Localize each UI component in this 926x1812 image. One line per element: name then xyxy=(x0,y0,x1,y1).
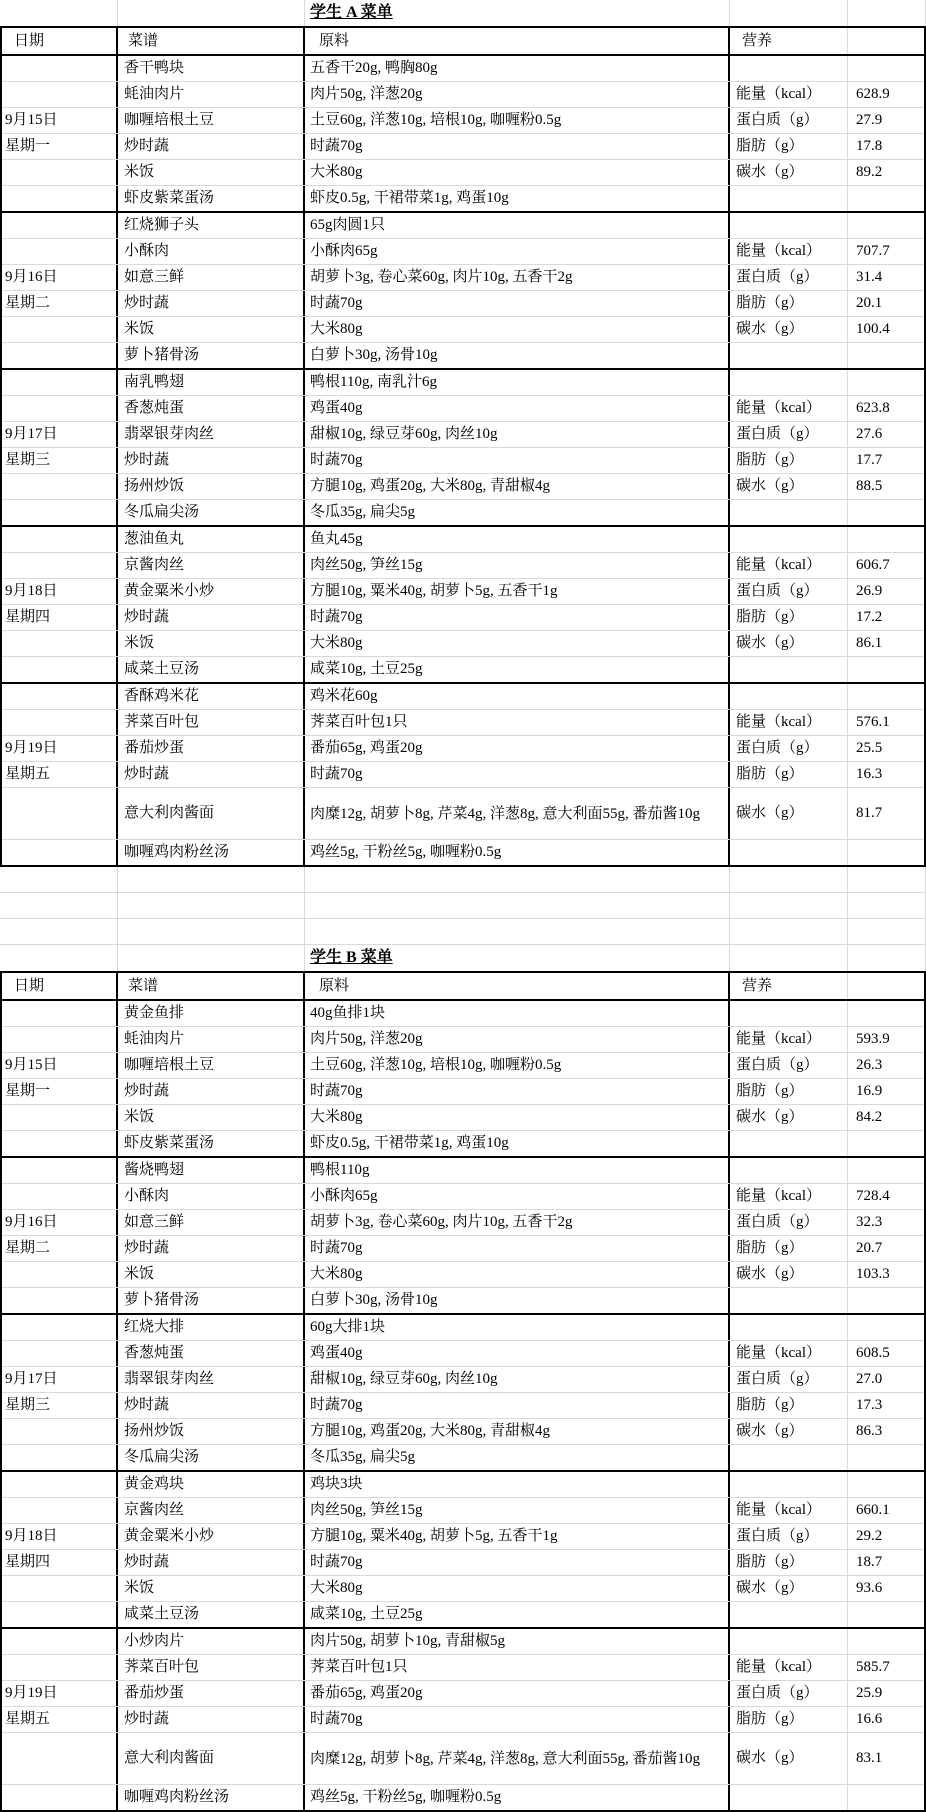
ingredients-cell: 荠菜百叶包1只 xyxy=(305,1655,730,1680)
dish-name-cell: 黄金粟米小炒 xyxy=(118,579,305,604)
day-block: 酱烧鸭翅鸭根110g小酥肉小酥肉65g能量（kcal）728.49月16日如意三… xyxy=(2,1158,924,1315)
empty-cell xyxy=(848,893,926,918)
ingredients-cell: 肉片50g, 洋葱20g xyxy=(305,82,730,107)
empty-cell xyxy=(0,867,118,892)
dish-name-cell: 酱烧鸭翅 xyxy=(118,1158,305,1183)
empty-cell xyxy=(305,893,730,918)
nutrient-label-cell xyxy=(730,1602,848,1627)
nutrient-label-cell: 脂肪（g） xyxy=(730,1393,848,1418)
dish-row: 星期一炒时蔬时蔬70g脂肪（g）16.9 xyxy=(2,1078,924,1104)
dish-name-cell: 咖喱鸡肉粉丝汤 xyxy=(118,1785,305,1810)
dish-row: 星期二炒时蔬时蔬70g脂肪（g）20.7 xyxy=(2,1235,924,1261)
nutrient-label-cell: 能量（kcal） xyxy=(730,1184,848,1209)
empty-cell xyxy=(118,919,305,944)
dish-row: 扬州炒饭方腿10g, 鸡蛋20g, 大米80g, 青甜椒4g碳水（g）86.3 xyxy=(2,1418,924,1444)
nutrient-value-cell: 83.1 xyxy=(848,1733,924,1784)
dish-name-cell: 炒时蔬 xyxy=(118,1550,305,1575)
dish-row: 小酥肉小酥肉65g能量（kcal）707.7 xyxy=(2,238,924,264)
dish-name-cell: 蚝油肉片 xyxy=(118,1027,305,1052)
weekday-cell: 星期二 xyxy=(2,1236,118,1261)
nutrient-label-cell xyxy=(730,370,848,395)
ingredients-cell: 胡萝卜3g, 卷心菜60g, 肉片10g, 五香干2g xyxy=(305,265,730,290)
date-cell-empty xyxy=(2,370,118,395)
date-cell-empty xyxy=(2,1184,118,1209)
nutrient-label-cell xyxy=(730,1785,848,1810)
nutrient-label-cell: 脂肪（g） xyxy=(730,448,848,473)
nutrient-label-cell xyxy=(730,186,848,211)
nutrient-value-cell: 608.5 xyxy=(848,1341,924,1366)
column-header-recipe: 菜谱 xyxy=(118,973,305,999)
ingredients-cell: 鸭根110g, 南乳汁6g xyxy=(305,370,730,395)
nutrient-value-cell: 29.2 xyxy=(848,1524,924,1549)
ingredients-cell: 65g肉圆1只 xyxy=(305,213,730,238)
nutrient-value-cell: 17.7 xyxy=(848,448,924,473)
nutrient-label-cell xyxy=(730,500,848,525)
menu-table-body: 日期 菜谱 原料 营养 黄金鱼排40g鱼排1块蚝油肉片肉片50g, 洋葱20g能… xyxy=(0,971,926,1812)
dish-row: 小酥肉小酥肉65g能量（kcal）728.4 xyxy=(2,1183,924,1209)
dish-name-cell: 香干鸭块 xyxy=(118,56,305,81)
ingredients-cell: 肉糜12g, 胡萝卜8g, 芹菜4g, 洋葱8g, 意大利面55g, 番茄酱10… xyxy=(305,788,730,839)
dish-name-cell: 黄金鱼排 xyxy=(118,1001,305,1026)
ingredients-cell: 时蔬70g xyxy=(305,605,730,630)
ingredients-cell: 肉丝50g, 笋丝15g xyxy=(305,553,730,578)
dish-name-cell: 京酱肉丝 xyxy=(118,553,305,578)
empty-cell xyxy=(0,893,118,918)
dish-name-cell: 意大利肉酱面 xyxy=(118,788,305,839)
nutrient-value-cell: 16.3 xyxy=(848,762,924,787)
nutrient-label-cell: 脂肪（g） xyxy=(730,134,848,159)
nutrient-value-cell xyxy=(848,657,924,682)
nutrient-value-cell: 17.2 xyxy=(848,605,924,630)
ingredients-cell: 时蔬70g xyxy=(305,1393,730,1418)
ingredients-cell: 肉片50g, 胡萝卜10g, 青甜椒5g xyxy=(305,1629,730,1654)
date-cell-empty xyxy=(2,527,118,552)
dish-name-cell: 米饭 xyxy=(118,160,305,185)
ingredients-cell: 土豆60g, 洋葱10g, 培根10g, 咖喱粉0.5g xyxy=(305,1053,730,1078)
dish-row: 香葱炖蛋鸡蛋40g能量（kcal）608.5 xyxy=(2,1340,924,1366)
date-cell-empty xyxy=(2,657,118,682)
date-cell-empty xyxy=(2,1341,118,1366)
dish-row: 酱烧鸭翅鸭根110g xyxy=(2,1158,924,1183)
column-header-row: 日期 菜谱 原料 营养 xyxy=(2,973,924,1001)
dish-name-cell: 京酱肉丝 xyxy=(118,1498,305,1523)
ingredients-cell: 白萝卜30g, 汤骨10g xyxy=(305,1288,730,1313)
nutrient-value-cell xyxy=(848,56,924,81)
dish-name-cell: 炒时蔬 xyxy=(118,1707,305,1732)
dish-row: 虾皮紫菜蛋汤虾皮0.5g, 干裙带菜1g, 鸡蛋10g xyxy=(2,185,924,211)
dish-name-cell: 红烧狮子头 xyxy=(118,213,305,238)
nutrient-value-cell: 628.9 xyxy=(848,82,924,107)
dish-row: 9月17日翡翠银芽肉丝甜椒10g, 绿豆芽60g, 肉丝10g蛋白质（g）27.… xyxy=(2,421,924,447)
dish-name-cell: 荠菜百叶包 xyxy=(118,710,305,735)
ingredients-cell: 时蔬70g xyxy=(305,448,730,473)
date-cell: 9月17日 xyxy=(2,422,118,447)
nutrient-value-cell: 31.4 xyxy=(848,265,924,290)
day-block: 黄金鱼排40g鱼排1块蚝油肉片肉片50g, 洋葱20g能量（kcal）593.9… xyxy=(2,1001,924,1158)
dish-name-cell: 葱油鱼丸 xyxy=(118,527,305,552)
nutrient-label-cell xyxy=(730,1288,848,1313)
nutrient-value-cell: 26.3 xyxy=(848,1053,924,1078)
date-cell-empty xyxy=(2,684,118,709)
nutrient-label-cell: 碳水（g） xyxy=(730,317,848,342)
dish-row: 荠菜百叶包荠菜百叶包1只能量（kcal）585.7 xyxy=(2,1654,924,1680)
empty-cell xyxy=(305,867,730,892)
ingredients-cell: 肉糜12g, 胡萝卜8g, 芹菜4g, 洋葱8g, 意大利面55g, 番茄酱10… xyxy=(305,1733,730,1784)
nutrient-value-cell: 576.1 xyxy=(848,710,924,735)
dish-row: 黄金鸡块鸡块3块 xyxy=(2,1472,924,1497)
ingredients-cell: 冬瓜35g, 扁尖5g xyxy=(305,1445,730,1470)
nutrient-label-cell: 碳水（g） xyxy=(730,1419,848,1444)
dish-row: 米饭大米80g碳水（g）103.3 xyxy=(2,1261,924,1287)
empty-cell xyxy=(305,919,730,944)
dish-row: 星期五炒时蔬时蔬70g脂肪（g）16.6 xyxy=(2,1706,924,1732)
date-cell-empty xyxy=(2,840,118,865)
dish-name-cell: 米饭 xyxy=(118,1576,305,1601)
dish-row: 咸菜土豆汤咸菜10g, 土豆25g xyxy=(2,656,924,682)
ingredients-cell: 小酥肉65g xyxy=(305,239,730,264)
dish-row: 9月17日翡翠银芽肉丝甜椒10g, 绿豆芽60g, 肉丝10g蛋白质（g）27.… xyxy=(2,1366,924,1392)
dish-row: 星期一炒时蔬时蔬70g脂肪（g）17.8 xyxy=(2,133,924,159)
nutrient-value-cell: 20.7 xyxy=(848,1236,924,1261)
weekday-cell: 星期四 xyxy=(2,1550,118,1575)
ingredients-cell: 白萝卜30g, 汤骨10g xyxy=(305,343,730,368)
day-block: 葱油鱼丸鱼丸45g京酱肉丝肉丝50g, 笋丝15g能量（kcal）606.79月… xyxy=(2,527,924,684)
dish-name-cell: 米饭 xyxy=(118,317,305,342)
ingredients-cell: 荠菜百叶包1只 xyxy=(305,710,730,735)
ingredients-cell: 番茄65g, 鸡蛋20g xyxy=(305,1681,730,1706)
dish-name-cell: 扬州炒饭 xyxy=(118,1419,305,1444)
day-block: 小炒肉片肉片50g, 胡萝卜10g, 青甜椒5g荠菜百叶包荠菜百叶包1只能量（k… xyxy=(2,1629,924,1810)
nutrient-value-cell: 18.7 xyxy=(848,1550,924,1575)
nutrient-value-cell: 100.4 xyxy=(848,317,924,342)
dish-name-cell: 如意三鲜 xyxy=(118,265,305,290)
weekday-cell: 星期一 xyxy=(2,1079,118,1104)
ingredients-cell: 番茄65g, 鸡蛋20g xyxy=(305,736,730,761)
menu-title: 学生 B 菜单 xyxy=(305,945,730,971)
nutrient-label-cell: 蛋白质（g） xyxy=(730,1524,848,1549)
dish-row: 9月16日如意三鲜胡萝卜3g, 卷心菜60g, 肉片10g, 五香干2g蛋白质（… xyxy=(2,264,924,290)
date-cell: 9月16日 xyxy=(2,1210,118,1235)
dish-row: 蚝油肉片肉片50g, 洋葱20g能量（kcal）628.9 xyxy=(2,81,924,107)
dish-name-cell: 红烧大排 xyxy=(118,1315,305,1340)
dish-row: 香酥鸡米花鸡米花60g xyxy=(2,684,924,709)
nutrient-value-cell: 27.0 xyxy=(848,1367,924,1392)
nutrient-value-cell xyxy=(848,684,924,709)
dish-row: 京酱肉丝肉丝50g, 笋丝15g能量（kcal）606.7 xyxy=(2,552,924,578)
dish-name-cell: 香葱炖蛋 xyxy=(118,1341,305,1366)
dish-name-cell: 扬州炒饭 xyxy=(118,474,305,499)
nutrient-label-cell: 能量（kcal） xyxy=(730,710,848,735)
date-cell-empty xyxy=(2,1655,118,1680)
ingredients-cell: 甜椒10g, 绿豆芽60g, 肉丝10g xyxy=(305,1367,730,1392)
nutrient-label-cell xyxy=(730,1001,848,1026)
nutrient-label-cell xyxy=(730,840,848,865)
nutrient-label-cell: 碳水（g） xyxy=(730,160,848,185)
dish-name-cell: 冬瓜扁尖汤 xyxy=(118,1445,305,1470)
date-cell: 9月15日 xyxy=(2,1053,118,1078)
nutrient-value-cell xyxy=(848,840,924,865)
nutrient-value-cell xyxy=(848,1131,924,1156)
nutrient-label-cell xyxy=(730,1315,848,1340)
ingredients-cell: 咸菜10g, 土豆25g xyxy=(305,1602,730,1627)
empty-cell xyxy=(848,867,926,892)
dish-name-cell: 炒时蔬 xyxy=(118,1079,305,1104)
dish-name-cell: 炒时蔬 xyxy=(118,1236,305,1261)
ingredients-cell: 肉丝50g, 笋丝15g xyxy=(305,1498,730,1523)
nutrient-value-cell: 86.3 xyxy=(848,1419,924,1444)
nutrient-value-cell xyxy=(848,186,924,211)
date-cell-empty xyxy=(2,1105,118,1130)
dish-name-cell: 蚝油肉片 xyxy=(118,82,305,107)
date-cell-empty xyxy=(2,631,118,656)
nutrient-label-cell: 脂肪（g） xyxy=(730,605,848,630)
date-cell-empty xyxy=(2,1262,118,1287)
day-block: 红烧狮子头65g肉圆1只小酥肉小酥肉65g能量（kcal）707.79月16日如… xyxy=(2,213,924,370)
ingredients-cell: 胡萝卜3g, 卷心菜60g, 肉片10g, 五香干2g xyxy=(305,1210,730,1235)
date-cell-empty xyxy=(2,1785,118,1810)
nutrient-value-cell: 25.9 xyxy=(848,1681,924,1706)
empty-cell xyxy=(730,893,848,918)
ingredients-cell: 小酥肉65g xyxy=(305,1184,730,1209)
dish-name-cell: 翡翠银芽肉丝 xyxy=(118,1367,305,1392)
nutrient-value-cell xyxy=(848,1445,924,1470)
ingredients-cell: 大米80g xyxy=(305,1105,730,1130)
dish-row: 小炒肉片肉片50g, 胡萝卜10g, 青甜椒5g xyxy=(2,1629,924,1654)
date-cell-empty xyxy=(2,1445,118,1470)
dish-row: 米饭大米80g碳水（g）89.2 xyxy=(2,159,924,185)
dish-name-cell: 炒时蔬 xyxy=(118,134,305,159)
dish-name-cell: 炒时蔬 xyxy=(118,1393,305,1418)
nutrient-value-cell: 103.3 xyxy=(848,1262,924,1287)
dish-row: 意大利肉酱面肉糜12g, 胡萝卜8g, 芹菜4g, 洋葱8g, 意大利面55g,… xyxy=(2,1732,924,1784)
nutrient-value-cell xyxy=(848,527,924,552)
nutrient-label-cell xyxy=(730,527,848,552)
dish-name-cell: 小酥肉 xyxy=(118,1184,305,1209)
nutrient-value-cell: 81.7 xyxy=(848,788,924,839)
weekday-cell: 星期三 xyxy=(2,448,118,473)
nutrient-label-cell: 碳水（g） xyxy=(730,1262,848,1287)
ingredients-cell: 大米80g xyxy=(305,160,730,185)
nutrient-label-cell: 蛋白质（g） xyxy=(730,1367,848,1392)
weekday-cell: 星期四 xyxy=(2,605,118,630)
dish-name-cell: 炒时蔬 xyxy=(118,448,305,473)
dish-row: 虾皮紫菜蛋汤虾皮0.5g, 干裙带菜1g, 鸡蛋10g xyxy=(2,1130,924,1156)
nutrient-value-cell xyxy=(848,343,924,368)
empty-spacer-row xyxy=(0,893,926,919)
menu-table: 学生 B 菜单 日期 菜谱 原料 营养 黄金鱼排40g鱼排1块蚝油肉片肉片50g… xyxy=(0,945,926,1812)
day-block: 香酥鸡米花鸡米花60g荠菜百叶包荠菜百叶包1只能量（kcal）576.19月19… xyxy=(2,684,924,865)
dish-row: 红烧狮子头65g肉圆1只 xyxy=(2,213,924,238)
nutrient-label-cell: 碳水（g） xyxy=(730,788,848,839)
nutrient-label-cell xyxy=(730,1158,848,1183)
nutrient-value-cell: 88.5 xyxy=(848,474,924,499)
nutrient-value-cell: 26.9 xyxy=(848,579,924,604)
nutrient-value-cell xyxy=(848,1602,924,1627)
dish-name-cell: 小酥肉 xyxy=(118,239,305,264)
dish-row: 9月18日黄金粟米小炒方腿10g, 粟米40g, 胡萝卜5g, 五香干1g蛋白质… xyxy=(2,1523,924,1549)
nutrient-label-cell xyxy=(730,343,848,368)
dish-row: 9月15日咖喱培根土豆土豆60g, 洋葱10g, 培根10g, 咖喱粉0.5g蛋… xyxy=(2,107,924,133)
dish-row: 萝卜猪骨汤白萝卜30g, 汤骨10g xyxy=(2,1287,924,1313)
dish-name-cell: 虾皮紫菜蛋汤 xyxy=(118,186,305,211)
nutrient-label-cell xyxy=(730,684,848,709)
ingredients-cell: 虾皮0.5g, 干裙带菜1g, 鸡蛋10g xyxy=(305,1131,730,1156)
nutrient-label-cell: 脂肪（g） xyxy=(730,1550,848,1575)
ingredients-cell: 鸡块3块 xyxy=(305,1472,730,1497)
dish-row: 香葱炖蛋鸡蛋40g能量（kcal）623.8 xyxy=(2,395,924,421)
date-cell: 9月19日 xyxy=(2,736,118,761)
date-cell-empty xyxy=(2,1027,118,1052)
dish-row: 黄金鱼排40g鱼排1块 xyxy=(2,1001,924,1026)
nutrient-value-cell: 84.2 xyxy=(848,1105,924,1130)
dish-name-cell: 咖喱鸡肉粉丝汤 xyxy=(118,840,305,865)
nutrient-value-cell: 606.7 xyxy=(848,553,924,578)
nutrient-label-cell xyxy=(730,657,848,682)
nutrient-label-cell xyxy=(730,56,848,81)
ingredients-cell: 鸡丝5g, 干粉丝5g, 咖喱粉0.5g xyxy=(305,840,730,865)
empty-spacer-row xyxy=(0,919,926,945)
dish-name-cell: 冬瓜扁尖汤 xyxy=(118,500,305,525)
dish-row: 米饭大米80g碳水（g）100.4 xyxy=(2,316,924,342)
date-cell-empty xyxy=(2,56,118,81)
date-cell-empty xyxy=(2,1472,118,1497)
ingredients-cell: 五香干20g, 鸭胸80g xyxy=(305,56,730,81)
nutrient-value-cell: 585.7 xyxy=(848,1655,924,1680)
nutrient-label-cell: 能量（kcal） xyxy=(730,1498,848,1523)
dish-row: 米饭大米80g碳水（g）84.2 xyxy=(2,1104,924,1130)
dish-name-cell: 米饭 xyxy=(118,1262,305,1287)
dish-row: 葱油鱼丸鱼丸45g xyxy=(2,527,924,552)
nutrient-value-cell: 25.5 xyxy=(848,736,924,761)
weekday-cell: 星期一 xyxy=(2,134,118,159)
ingredients-cell: 方腿10g, 粟米40g, 胡萝卜5g, 五香干1g xyxy=(305,579,730,604)
ingredients-cell: 40g鱼排1块 xyxy=(305,1001,730,1026)
weekday-cell: 星期三 xyxy=(2,1393,118,1418)
nutrient-value-cell: 32.3 xyxy=(848,1210,924,1235)
dish-row: 星期三炒时蔬时蔬70g脂肪（g）17.3 xyxy=(2,1392,924,1418)
column-header-date: 日期 xyxy=(2,28,118,54)
day-block: 红烧大排60g大排1块香葱炖蛋鸡蛋40g能量（kcal）608.59月17日翡翠… xyxy=(2,1315,924,1472)
nutrient-label-cell: 能量（kcal） xyxy=(730,82,848,107)
nutrient-value-cell: 17.3 xyxy=(848,1393,924,1418)
dish-row: 冬瓜扁尖汤冬瓜35g, 扁尖5g xyxy=(2,499,924,525)
weekday-cell: 星期二 xyxy=(2,291,118,316)
dish-row: 意大利肉酱面肉糜12g, 胡萝卜8g, 芹菜4g, 洋葱8g, 意大利面55g,… xyxy=(2,787,924,839)
menu-spreadsheet: 学生 A 菜单 日期 菜谱 原料 营养 香干鸭块五香干20g, 鸭胸80g蚝油肉… xyxy=(0,0,926,1812)
dish-name-cell: 炒时蔬 xyxy=(118,291,305,316)
nutrient-value-cell: 27.9 xyxy=(848,108,924,133)
weekday-cell: 星期五 xyxy=(2,1707,118,1732)
column-header-ingredients: 原料 xyxy=(305,973,730,999)
empty-cell xyxy=(118,893,305,918)
dish-name-cell: 番茄炒蛋 xyxy=(118,736,305,761)
dish-name-cell: 咸菜土豆汤 xyxy=(118,1602,305,1627)
nutrient-label-cell: 能量（kcal） xyxy=(730,1655,848,1680)
nutrient-label-cell: 蛋白质（g） xyxy=(730,736,848,761)
menu-table-body: 日期 菜谱 原料 营养 香干鸭块五香干20g, 鸭胸80g蚝油肉片肉片50g, … xyxy=(0,26,926,867)
empty-cell xyxy=(0,919,118,944)
nutrient-value-cell: 93.6 xyxy=(848,1576,924,1601)
nutrient-label-cell: 碳水（g） xyxy=(730,1576,848,1601)
nutrient-value-cell: 17.8 xyxy=(848,134,924,159)
date-cell-empty xyxy=(2,553,118,578)
nutrient-value-cell xyxy=(848,1472,924,1497)
nutrient-value-cell xyxy=(848,1629,924,1654)
date-cell-empty xyxy=(2,1733,118,1784)
empty-cell xyxy=(848,919,926,944)
weekday-cell: 星期五 xyxy=(2,762,118,787)
ingredients-cell: 鱼丸45g xyxy=(305,527,730,552)
ingredients-cell: 肉片50g, 洋葱20g xyxy=(305,1027,730,1052)
dish-row: 星期五炒时蔬时蔬70g脂肪（g）16.3 xyxy=(2,761,924,787)
dish-row: 米饭大米80g碳水（g）86.1 xyxy=(2,630,924,656)
ingredients-cell: 时蔬70g xyxy=(305,1707,730,1732)
menu-title-row: 学生 B 菜单 xyxy=(0,945,926,971)
nutrient-value-cell xyxy=(848,370,924,395)
dish-name-cell: 意大利肉酱面 xyxy=(118,1733,305,1784)
date-cell-empty xyxy=(2,82,118,107)
date-cell-empty xyxy=(2,1158,118,1183)
date-cell: 9月17日 xyxy=(2,1367,118,1392)
nutrient-label-cell: 能量（kcal） xyxy=(730,1027,848,1052)
dish-row: 9月15日咖喱培根土豆土豆60g, 洋葱10g, 培根10g, 咖喱粉0.5g蛋… xyxy=(2,1052,924,1078)
ingredients-cell: 大米80g xyxy=(305,317,730,342)
date-cell-empty xyxy=(2,396,118,421)
nutrient-label-cell xyxy=(730,1445,848,1470)
date-cell-empty xyxy=(2,1001,118,1026)
ingredients-cell: 时蔬70g xyxy=(305,1550,730,1575)
date-cell-empty xyxy=(2,1576,118,1601)
nutrient-value-cell: 728.4 xyxy=(848,1184,924,1209)
nutrient-label-cell: 蛋白质（g） xyxy=(730,1681,848,1706)
day-block: 黄金鸡块鸡块3块京酱肉丝肉丝50g, 笋丝15g能量（kcal）660.19月1… xyxy=(2,1472,924,1629)
ingredients-cell: 大米80g xyxy=(305,1576,730,1601)
menu-table: 学生 A 菜单 日期 菜谱 原料 营养 香干鸭块五香干20g, 鸭胸80g蚝油肉… xyxy=(0,0,926,867)
dish-row: 星期二炒时蔬时蔬70g脂肪（g）20.1 xyxy=(2,290,924,316)
dish-name-cell: 米饭 xyxy=(118,1105,305,1130)
nutrient-value-cell xyxy=(848,1158,924,1183)
date-cell-empty xyxy=(2,213,118,238)
nutrient-value-cell: 89.2 xyxy=(848,160,924,185)
ingredients-cell: 方腿10g, 粟米40g, 胡萝卜5g, 五香干1g xyxy=(305,1524,730,1549)
nutrient-label-cell: 蛋白质（g） xyxy=(730,579,848,604)
dish-name-cell: 翡翠银芽肉丝 xyxy=(118,422,305,447)
nutrient-label-cell xyxy=(730,1131,848,1156)
nutrient-label-cell xyxy=(730,1629,848,1654)
dish-row: 香干鸭块五香干20g, 鸭胸80g xyxy=(2,56,924,81)
ingredients-cell: 鸡丝5g, 干粉丝5g, 咖喱粉0.5g xyxy=(305,1785,730,1810)
date-cell-empty xyxy=(2,1498,118,1523)
date-cell: 9月19日 xyxy=(2,1681,118,1706)
column-header-nutrition: 营养 xyxy=(730,28,848,54)
column-header-row: 日期 菜谱 原料 营养 xyxy=(2,28,924,56)
dish-name-cell: 炒时蔬 xyxy=(118,762,305,787)
ingredients-cell: 鸡蛋40g xyxy=(305,396,730,421)
date-cell-empty xyxy=(2,343,118,368)
nutrient-label-cell: 碳水（g） xyxy=(730,1733,848,1784)
dish-row: 咖喱鸡肉粉丝汤鸡丝5g, 干粉丝5g, 咖喱粉0.5g xyxy=(2,839,924,865)
date-cell-empty xyxy=(2,317,118,342)
dish-name-cell: 番茄炒蛋 xyxy=(118,1681,305,1706)
dish-row: 荠菜百叶包荠菜百叶包1只能量（kcal）576.1 xyxy=(2,709,924,735)
ingredients-cell: 方腿10g, 鸡蛋20g, 大米80g, 青甜椒4g xyxy=(305,474,730,499)
dish-row: 咸菜土豆汤咸菜10g, 土豆25g xyxy=(2,1601,924,1627)
nutrient-value-cell xyxy=(848,1001,924,1026)
nutrient-label-cell: 脂肪（g） xyxy=(730,1079,848,1104)
date-cell-empty xyxy=(2,239,118,264)
dish-row: 扬州炒饭方腿10g, 鸡蛋20g, 大米80g, 青甜椒4g碳水（g）88.5 xyxy=(2,473,924,499)
menu-title-row: 学生 A 菜单 xyxy=(0,0,926,26)
